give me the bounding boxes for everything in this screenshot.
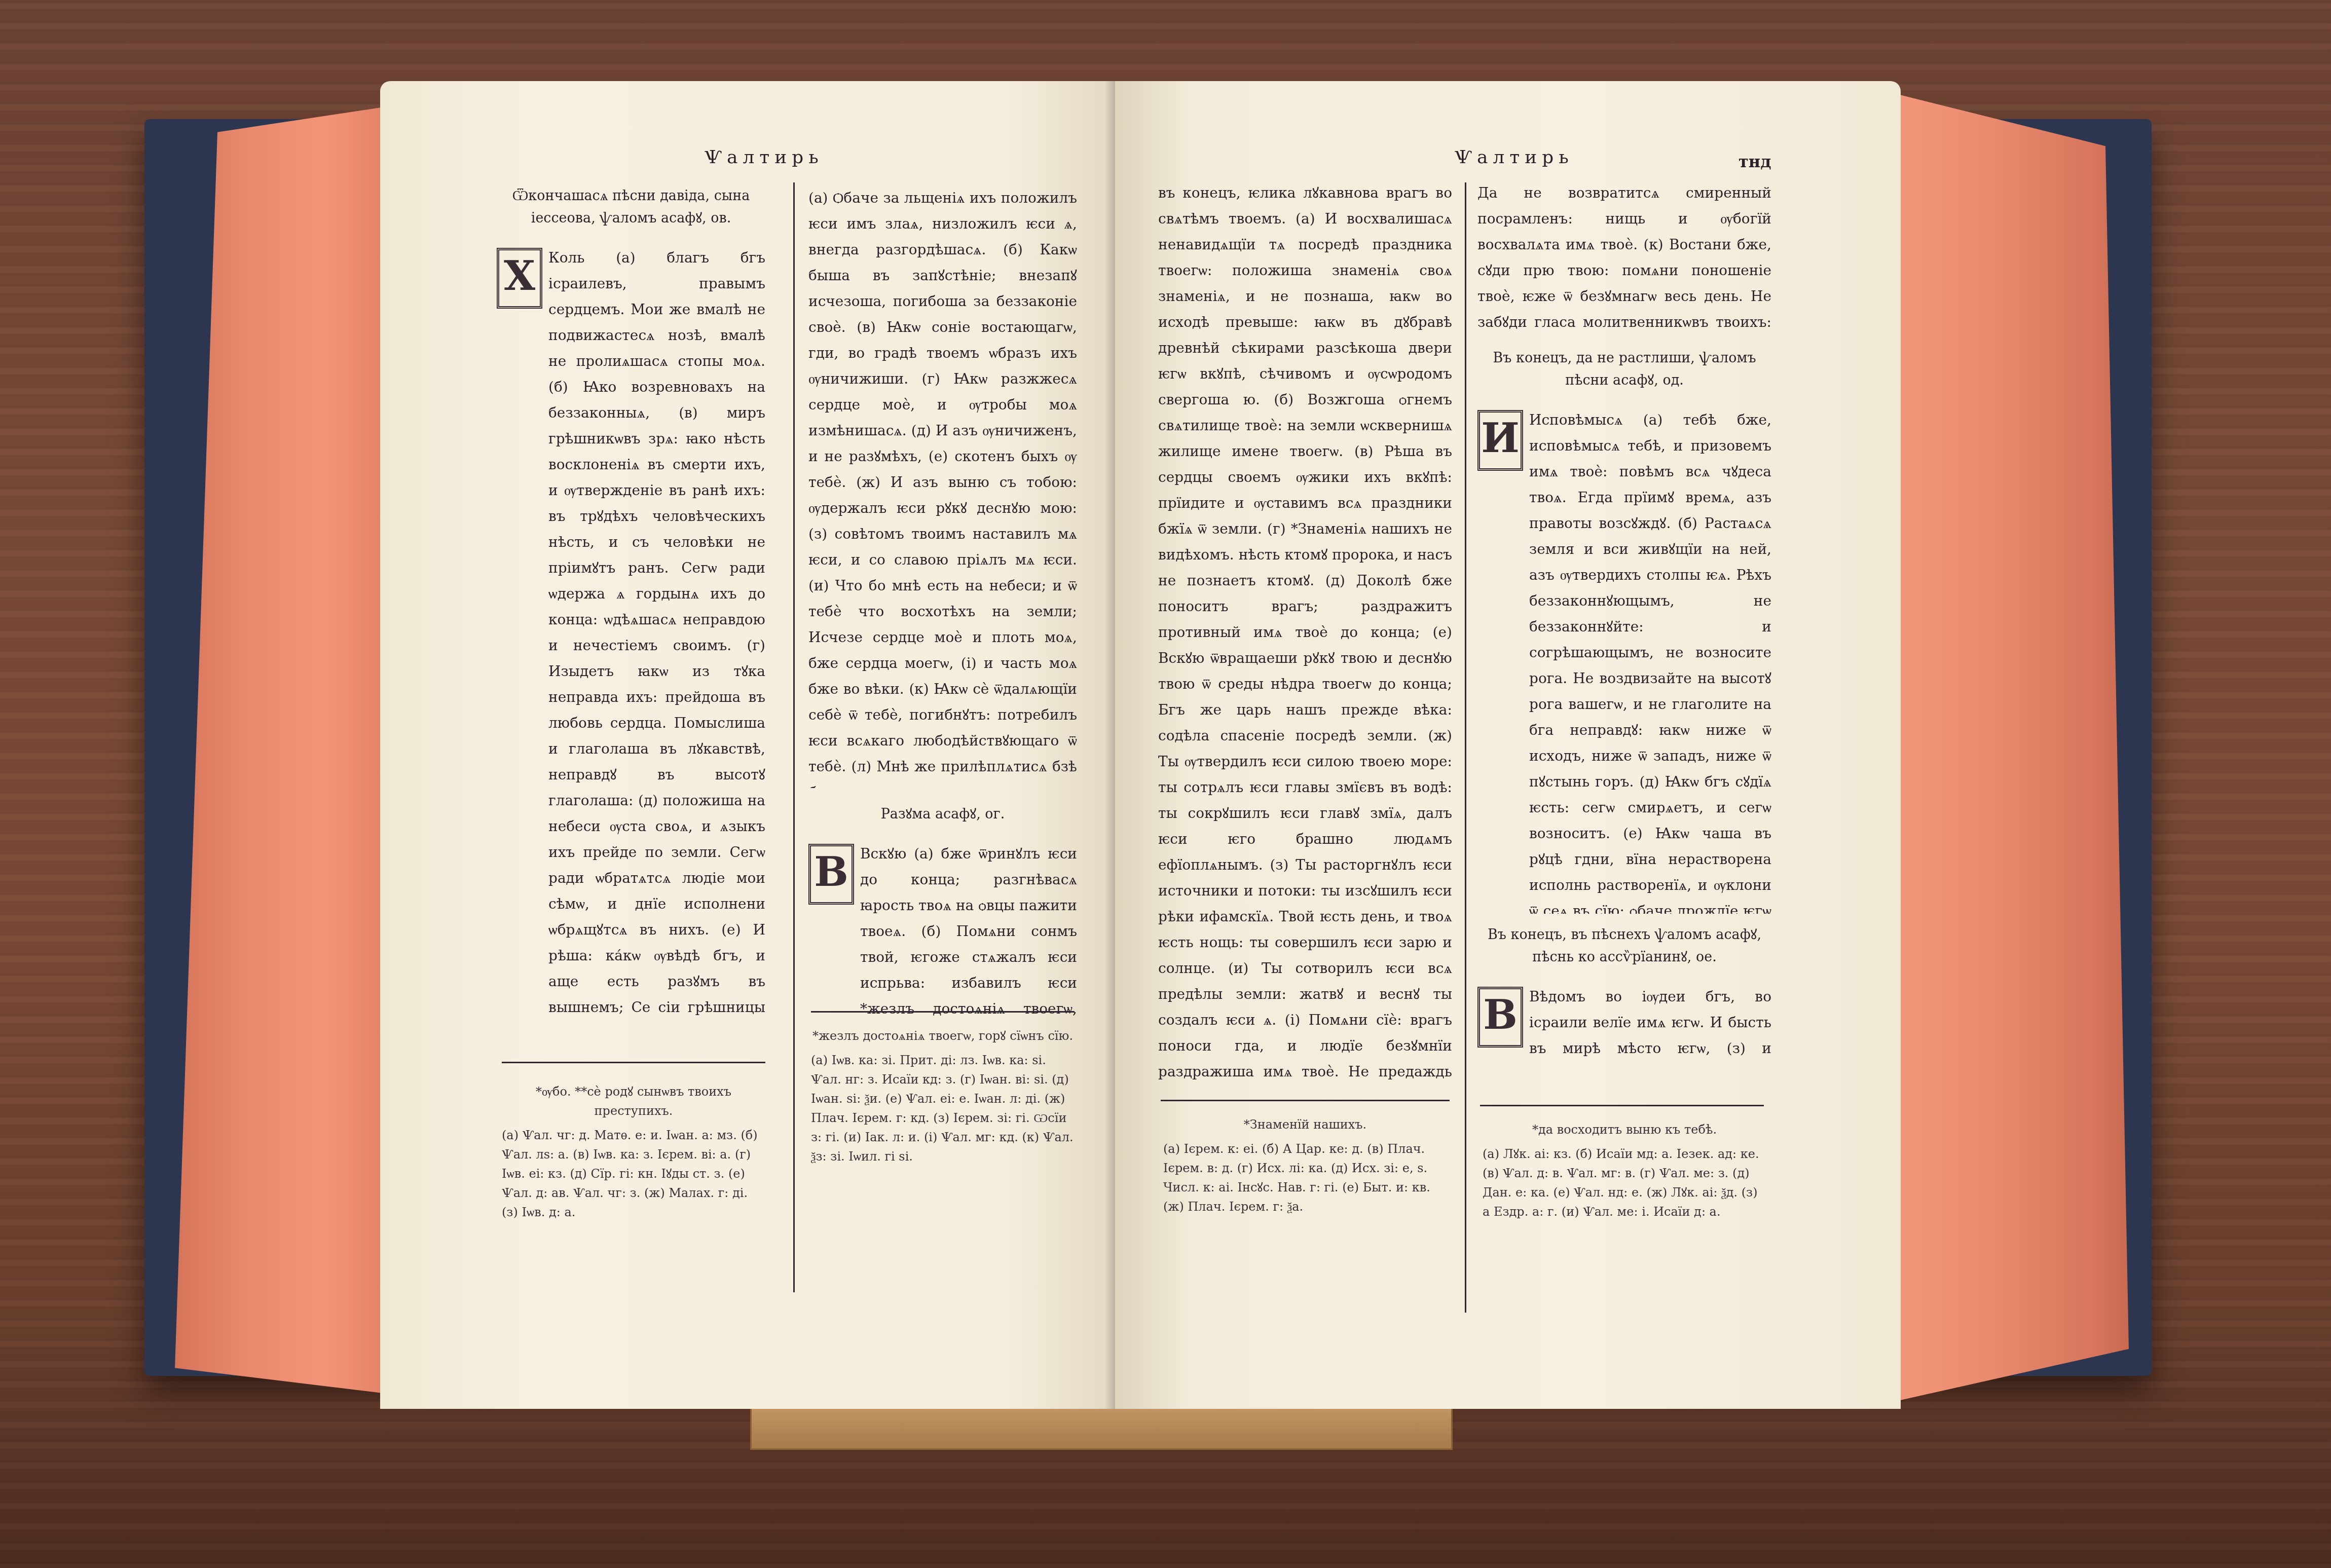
psalm-text: Коль (а) благъ бгъ ісраилевъ, правымъ се… — [548, 245, 765, 1015]
right-page-column-2: Да не возвратитсѧ смиренный посрамленъ: … — [1477, 180, 1771, 1065]
psalm-74-title: Въ конецъ, да не растлиши, ѱаломъ пѣсни … — [1477, 347, 1771, 392]
dropcap: Х — [497, 248, 542, 309]
psalm-73-title: Разꙋма асафꙋ, ог. — [808, 803, 1077, 826]
footnote-variant: *да восходитъ выню къ тебѣ. — [1483, 1120, 1766, 1139]
left-page: Ѱалтирь Ѿкончашасѧ пѣсни давіда, сына іе… — [380, 81, 1115, 1409]
footnote-variant: *ѹбо. **сѐ родꙋ сынѡвъ твоихъ преступихъ… — [502, 1082, 765, 1121]
psalm-text: Вскꙋю (а) бже ѿринꙋлъ ѥси до конца; разг… — [860, 841, 1077, 1023]
column-rule — [793, 182, 795, 1292]
cross-references: (а) Лꙋк. аі: кз. (б) Исаїи мд: а. Іезек.… — [1483, 1144, 1766, 1221]
footnotes-col-2: *да восходитъ выню къ тебѣ. (а) Лꙋк. аі:… — [1483, 1120, 1766, 1221]
psalm-text: въ конецъ, ѥлика лꙋкавнова врагъ во свѧт… — [1158, 180, 1452, 1087]
cross-references: (а) Ѱал. чг: д. Матѳ. е: и. Іѡан. а: мз.… — [502, 1126, 765, 1222]
footnote-rule — [502, 1062, 765, 1063]
footnotes-col-1: *Знаменїй нашихъ. (а) Ієрем. к: еі. (б) … — [1163, 1115, 1447, 1216]
psalm-75-title: Въ конецъ, въ пѣснехъ ѱаломъ асафꙋ, пѣсн… — [1477, 924, 1771, 968]
left-page-column-2: (а) Ѻбаче за льщеніѧ ихъ положилъ ѥси им… — [808, 185, 1077, 1023]
running-head-right: Ѱалтирь — [1455, 147, 1574, 168]
psalm-text: Вѣдомъ во іѹдеи бгъ, во ісраили велїе им… — [1529, 984, 1771, 1065]
psalm-text: Да не возвратитсѧ смиренный посрамленъ: … — [1477, 180, 1771, 332]
running-head-left: Ѱалтирь — [705, 147, 824, 168]
column-rule — [1465, 182, 1466, 1313]
page-number: тнд — [1738, 152, 1771, 171]
footnote-rule — [1480, 1105, 1764, 1106]
psalm-72-title: Ѿкончашасѧ пѣсни давіда, сына іессеова, … — [497, 185, 765, 230]
page-edges-right — [1896, 94, 2129, 1401]
footnote-rule — [811, 1011, 1075, 1013]
footnotes-col-1: *ѹбо. **сѐ родꙋ сынѡвъ твоихъ преступихъ… — [502, 1082, 765, 1222]
footnote-variant: *Знаменїй нашихъ. — [1163, 1115, 1447, 1134]
cross-references: (а) Ієрем. к: еі. (б) А Цар. ке: д. (в) … — [1163, 1139, 1447, 1216]
footnote-variant: *жезлъ достоѧніѧ твоегѡ, горꙋ сїѡнъ сїю. — [811, 1026, 1075, 1046]
cross-references: (а) Іѡв. ка: зі. Прит. ді: лз. Іѡв. ка: … — [811, 1051, 1075, 1166]
dropcap: И — [1477, 410, 1523, 471]
psalm-text: (а) Ѻбаче за льщеніѧ ихъ положилъ ѥси им… — [808, 185, 1077, 788]
psalm-text: Исповѣмысѧ (а) тебѣ бже, исповѣмысѧ тебѣ… — [1529, 407, 1771, 914]
footnote-rule — [1161, 1100, 1450, 1101]
right-page-column-1: въ конецъ, ѥлика лꙋкавнова врагъ во свѧт… — [1158, 180, 1452, 1087]
left-page-column-1: Ѿкончашасѧ пѣсни давіда, сына іессеова, … — [497, 185, 765, 1015]
dropcap: В — [808, 844, 854, 905]
dropcap: В — [1477, 987, 1523, 1048]
footnotes-col-2: *жезлъ достоѧніѧ твоегѡ, горꙋ сїѡнъ сїю.… — [811, 1026, 1075, 1166]
right-page: Ѱалтирь тнд въ конецъ, ѥлика лꙋкавнова в… — [1115, 81, 1901, 1409]
